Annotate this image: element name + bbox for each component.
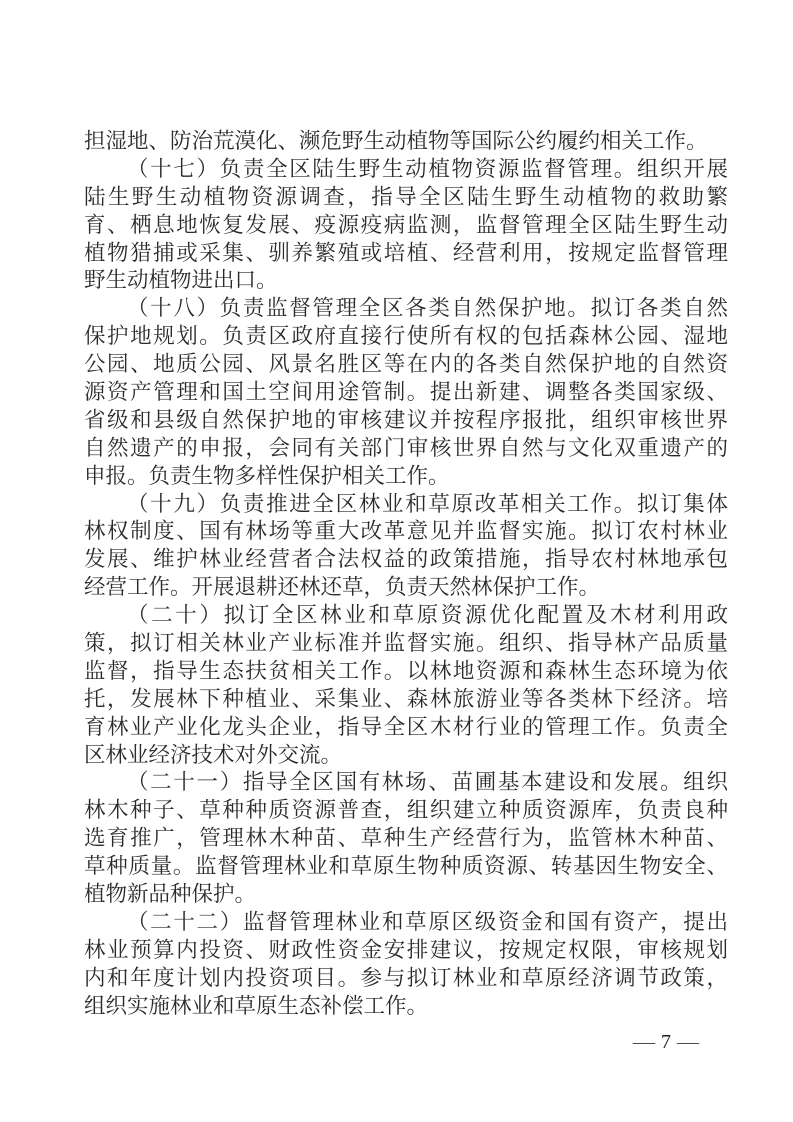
text-line: 林木种子、草种种质资源普查，组织建立种质资源库，负责良种 [84,797,728,825]
text-line: 公园、地质公园、风景名胜区等在内的各类自然保护地的自然资 [84,351,728,379]
footer-dash-right: — [677,1030,699,1054]
text-line: （十九）负责推进全区林业和草原改革相关工作。拟订集体 [84,491,728,519]
text-line: （二十）拟订全区林业和草原资源优化配置及木材利用政 [84,602,728,630]
text-line: 组织实施林业和草原生态补偿工作。 [84,993,728,1021]
text-line: 内和年度计划内投资项目。参与拟订林业和草原经济调节政策， [84,965,728,993]
text-line: 草种质量。监督管理林业和草原生物种质资源、转基因生物安全、 [84,853,728,881]
paragraph: （二十）拟订全区林业和草原资源优化配置及木材利用政策，拟订相关林业产业标准并监督… [84,602,728,769]
text-line: 发展、维护林业经营者合法权益的政策措施，指导农村林地承包 [84,546,728,574]
paragraph: （十八）负责监督管理全区各类自然保护地。拟订各类自然保护地规划。负责区政府直接行… [84,295,728,490]
page-footer: — 7 — [634,1030,698,1054]
text-line: （十八）负责监督管理全区各类自然保护地。拟订各类自然 [84,295,728,323]
text-line: 自然遗产的申报，会同有关部门审核世界自然与文化双重遗产的 [84,435,728,463]
text-line: 选育推广，管理林木种苗、草种生产经营行为，监管林木种苗、 [84,825,728,853]
text-line: 林业预算内投资、财政性资金安排建议，按规定权限，审核规划 [84,937,728,965]
paragraph: （二十二）监督管理林业和草原区级资金和国有资产，提出林业预算内投资、财政性资金安… [84,909,728,1021]
text-line: 育、栖息地恢复发展、疫源疫病监测，监督管理全区陆生野生动 [84,212,728,240]
text-line: 植物新品种保护。 [84,881,728,909]
text-line: 监督，指导生态扶贫相关工作。以林地资源和森林生态环境为依 [84,658,728,686]
footer-dash-left: — [633,1030,655,1054]
text-line: 托，发展林下种植业、采集业、森林旅游业等各类林下经济。培 [84,686,728,714]
page-number: 7 [661,1030,671,1054]
text-line: 策，拟订相关林业产业标准并监督实施。组织、指导林产品质量 [84,630,728,658]
paragraph: （二十一）指导全区国有林场、苗圃基本建设和发展。组织林木种子、草种种质资源普查，… [84,769,728,908]
text-line: 保护地规划。负责区政府直接行使所有权的包括森林公园、湿地 [84,323,728,351]
text-line: 申报。负责生物多样性保护相关工作。 [84,463,728,491]
text-line: 野生动植物进出口。 [84,267,728,295]
paragraph: 担湿地、防治荒漠化、濒危野生动植物等国际公约履约相关工作。 [84,128,728,156]
text-line: 源资产管理和国土空间用途管制。提出新建、调整各类国家级、 [84,379,728,407]
text-line: （二十一）指导全区国有林场、苗圃基本建设和发展。组织 [84,769,728,797]
document-page: 担湿地、防治荒漠化、濒危野生动植物等国际公约履约相关工作。（十七）负责全区陆生野… [0,0,793,1122]
text-line: 育林业产业化龙头企业，指导全区木材行业的管理工作。负责全 [84,714,728,742]
text-line: （十七）负责全区陆生野生动植物资源监督管理。组织开展 [84,156,728,184]
text-line: 植物猎捕或采集、驯养繁殖或培植、经营利用，按规定监督管理 [84,240,728,268]
text-line: 担湿地、防治荒漠化、濒危野生动植物等国际公约履约相关工作。 [84,128,728,156]
document-body: 担湿地、防治荒漠化、濒危野生动植物等国际公约履约相关工作。（十七）负责全区陆生野… [84,128,728,1021]
paragraph: （十九）负责推进全区林业和草原改革相关工作。拟订集体林权制度、国有林场等重大改革… [84,491,728,603]
text-line: 省级和县级自然保护地的审核建议并按程序报批，组织审核世界 [84,407,728,435]
text-line: 区林业经济技术对外交流。 [84,742,728,770]
text-line: （二十二）监督管理林业和草原区级资金和国有资产，提出 [84,909,728,937]
text-line: 林权制度、国有林场等重大改革意见并监督实施。拟订农村林业 [84,518,728,546]
paragraph: （十七）负责全区陆生野生动植物资源监督管理。组织开展陆生野生动植物资源调查，指导… [84,156,728,295]
text-line: 经营工作。开展退耕还林还草，负责天然林保护工作。 [84,574,728,602]
text-line: 陆生野生动植物资源调查，指导全区陆生野生动植物的救助繁 [84,184,728,212]
